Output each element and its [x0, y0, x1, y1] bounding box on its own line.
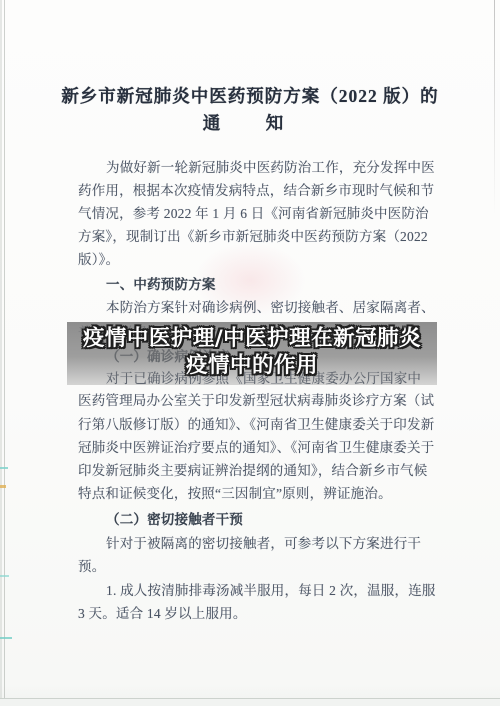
text-line: 版）》。 — [78, 252, 119, 268]
document-title-line-2: 通 知 — [0, 110, 500, 135]
text-line: 方案》，现制订出《新乡市新冠肺炎中医药预防方案（2022 — [78, 229, 428, 245]
caption-line-2: 疫情中的作用 — [67, 352, 437, 379]
scan-tick-cyan-3 — [0, 637, 12, 639]
sub-heading-2: （二）密切接触者干预 — [106, 512, 243, 528]
text-line: 药作用，根据本次疫情发病特点，结合新乡市现时气候和节 — [78, 183, 434, 199]
text-line: 1. 成人按清肺排毒汤减半服用，每日 2 次，温服，连服 — [106, 583, 436, 599]
caption-line-1: 疫情中医护理/中医护理在新冠肺炎 — [67, 325, 437, 352]
scan-tick-cyan-1 — [0, 467, 8, 469]
text-line: 医药管理局办公室关于印发新型冠状病毒肺炎诊疗方案（试 — [78, 393, 434, 409]
scan-tick-orange — [0, 485, 6, 488]
text-line: 行第八版修订版）的通知》、《河南省卫生健康委关于印发新 — [78, 417, 434, 433]
caption-overlay-text: 疫情中医护理/中医护理在新冠肺炎 疫情中的作用 — [67, 325, 437, 379]
scanned-document-page: 新乡市新冠肺炎中医药预防方案（2022 版）的 通 知 为做好新一轮新冠肺炎中医… — [0, 0, 500, 706]
text-line: 本防治方案针对确诊病例、密切接触者、居家隔离者、 — [106, 300, 435, 316]
text-line: 特点和证候变化，按照“三因制宜”原则，辨证施治。 — [78, 486, 392, 502]
text-line: 预。 — [78, 559, 105, 575]
text-line: 冠肺炎中医辨证治疗要点的通知》、《河南省卫生健康委关于 — [78, 440, 434, 456]
document-title-line-1: 新乡市新冠肺炎中医药预防方案（2022 版）的 — [0, 83, 500, 108]
scan-tick-cyan-2 — [0, 575, 9, 577]
text-line: 印发新冠肺炎主要病证辨治提纲的通知》，结合新乡市气候 — [78, 463, 427, 479]
text-line: 针对于被隔离的密切接触者，可参考以下方案进行干 — [106, 536, 421, 552]
text-line: 3 天。适合 14 岁以上服用。 — [78, 606, 247, 622]
section-heading-1: 一、中药预防方案 — [106, 277, 216, 293]
page-bottom-strip — [0, 699, 500, 706]
text-line: 为做好新一轮新冠肺炎中医药防治工作，充分发挥中医 — [106, 160, 435, 176]
text-line: 气情况，参考 2022 年 1 月 6 日《河南省新冠肺炎中医防治 — [78, 206, 429, 222]
